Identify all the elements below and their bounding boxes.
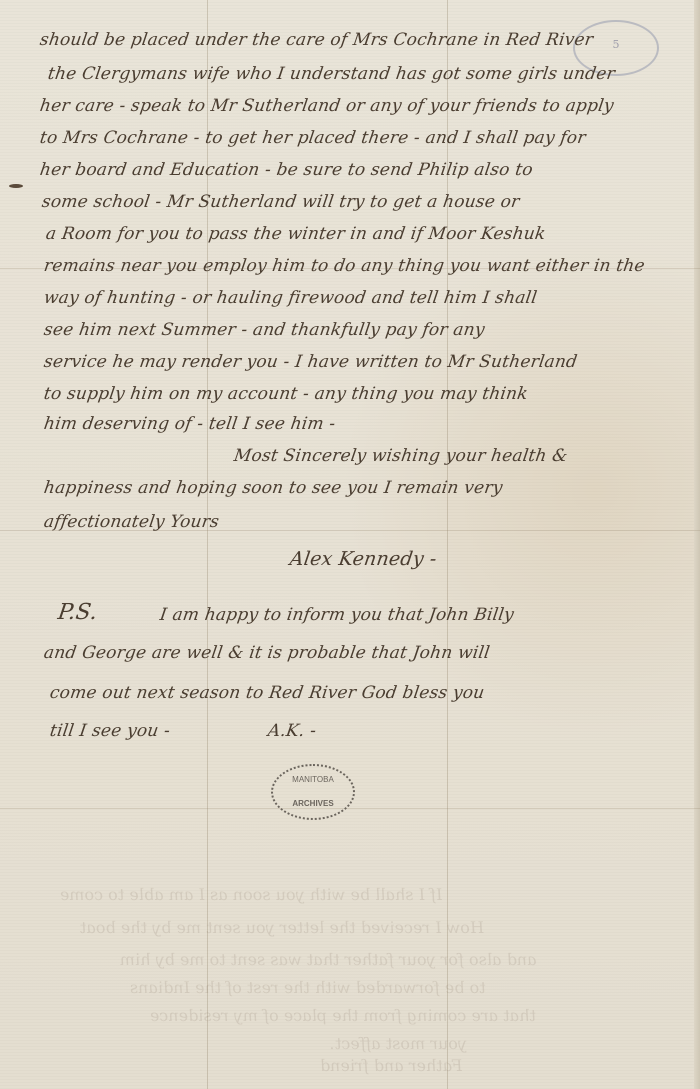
body-line-4: to Mrs Cochrane - to get her placed ther…	[39, 128, 587, 148]
body-line-1: should be placed under the care of Mrs C…	[39, 30, 595, 50]
letter-page: 5 should be placed under the care of Mrs…	[0, 0, 700, 1089]
postscript-line-2: and George are well & it is probable tha…	[43, 643, 492, 663]
body-line-12: to supply him on my account - any thing …	[43, 384, 530, 404]
body-line-11: service he may render you - I have writt…	[43, 352, 579, 372]
postscript-marker: P.S.	[56, 600, 99, 625]
bleed-through-line-4: to be forwarded with the rest of the Ind…	[129, 978, 487, 997]
bleed-through-line-1: If I shall be with you soon as I am able…	[59, 885, 444, 904]
fold-line-horizontal-bottom	[0, 808, 700, 809]
paper-edge	[694, 0, 700, 1089]
ink-blot	[9, 184, 23, 188]
stamp-text-bottom: ARCHIVES	[273, 799, 353, 808]
signature: Alex Kennedy -	[288, 548, 438, 570]
bleed-through-line-2: How I received the letter you sent me by…	[79, 918, 486, 937]
postscript-initials: A.K. -	[267, 721, 318, 741]
body-line-2: the Clergymans wife who I understand has…	[47, 64, 617, 84]
closing-line-2: happiness and hoping soon to see you I r…	[43, 478, 504, 498]
bleed-through-line-6: your most affect.	[329, 1034, 469, 1053]
body-line-7: a Room for you to pass the winter in and…	[45, 224, 547, 244]
postscript-line-3: come out next season to Red River God bl…	[49, 683, 486, 703]
postscript-line-1: I am happy to inform you that John Billy	[159, 605, 516, 625]
bleed-through-line-3: and also for your father that was sent t…	[119, 950, 538, 969]
bleed-through-line-7: Father and friend	[319, 1056, 464, 1075]
manitoba-archives-stamp: MANITOBA ARCHIVES	[271, 764, 355, 820]
body-line-6: some school - Mr Sutherland will try to …	[41, 192, 521, 212]
body-line-10: see him next Summer - and thankfully pay…	[43, 320, 486, 340]
body-line-8: remains near you employ him to do any th…	[43, 256, 647, 276]
closing-line-3: affectionately Yours	[43, 512, 221, 532]
postscript-line-4: till I see you -	[49, 721, 172, 741]
body-line-5: her board and Education - be sure to sen…	[39, 160, 535, 180]
bleed-through-line-5: that are coming from the place of my res…	[149, 1006, 538, 1025]
body-line-13: him deserving of - tell I see him -	[43, 414, 337, 434]
body-line-9: way of hunting - or hauling firewood and…	[43, 288, 539, 308]
stamp-text-top: MANITOBA	[273, 775, 353, 784]
body-line-3: her care - speak to Mr Sutherland or any…	[39, 96, 615, 116]
closing-line-1: Most Sincerely wishing your health &	[233, 446, 569, 466]
